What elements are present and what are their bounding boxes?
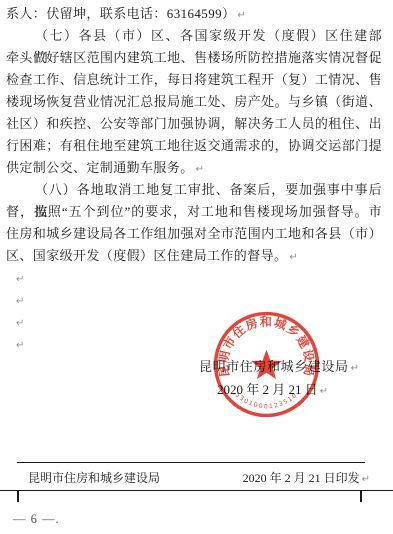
pilcrow-mark: ↵ bbox=[320, 386, 328, 397]
footer-row: 昆明市住房和城乡建设局 2020 年 2 月 21 日印发↵ bbox=[28, 469, 370, 486]
pilcrow-mark: ↵ bbox=[16, 296, 24, 307]
body-line-text: 牵头做好辖区范围内建筑工地、售楼场所防控措施落实情况督促 bbox=[6, 50, 382, 65]
body-line: ↵ bbox=[6, 333, 382, 355]
body-line: 督，按照“五个到位”的要求，对工地和售楼现场加强督导。市 bbox=[6, 201, 382, 223]
body-line: 区、国家级开发（度假）区住建局工作的督导。↵ bbox=[6, 245, 382, 267]
body-line: ↵ bbox=[6, 289, 382, 311]
body-line-text: 社区）和疾控、公安等部门加强协调，解决务工人员的租住、出 bbox=[6, 116, 382, 131]
pilcrow-mark: ↵ bbox=[237, 10, 245, 21]
body-line-text: 区、国家级开发（度假）区住建局工作的督导。 bbox=[6, 248, 287, 263]
pilcrow-mark: ↵ bbox=[16, 274, 24, 285]
footer-issuer: 昆明市住房和城乡建设局 bbox=[28, 469, 160, 486]
document-page: 系人：伏留坤，联系电话：63164599）↵（七）各县（市）区、各国家级开发（度… bbox=[0, 0, 393, 534]
body-line: 牵头做好辖区范围内建筑工地、售楼场所防控措施落实情况督促 bbox=[6, 47, 382, 69]
footer-print-date-line: 2020 年 2 月 21 日印发↵ bbox=[243, 469, 370, 486]
border-tick-left bbox=[17, 491, 19, 502]
pilcrow-mark: ↵ bbox=[16, 340, 24, 351]
body-line: 供定制公交、定制通勤车服务。↵ bbox=[6, 157, 382, 179]
seal-star-icon bbox=[251, 350, 282, 379]
pilcrow-mark: ↵ bbox=[351, 363, 359, 374]
body-line-text: 行困难；有租住地至建筑工地往返交通需求的，协调交运部门提 bbox=[6, 138, 382, 153]
svg-text:5301000123510: 5301000123510 bbox=[234, 391, 299, 410]
pilcrow-mark: ↵ bbox=[196, 164, 204, 175]
body-line: 住房和城乡建设局各工作组加强对全市范围内工地和各县（市） bbox=[6, 223, 382, 245]
footer-top-rule bbox=[17, 462, 365, 463]
body-line: （七）各县（市）区、各国家级开发（度假）区住建部门： bbox=[6, 25, 382, 47]
pilcrow-mark: ↵ bbox=[289, 252, 297, 263]
body-line: 社区）和疾控、公安等部门加强协调，解决务工人员的租住、出 bbox=[6, 113, 382, 135]
body-line: （八）各地取消工地复工审批、备案后，要加强事中事后监 bbox=[6, 179, 382, 201]
body-line-text: 供定制公交、定制通勤车服务。 bbox=[6, 160, 194, 175]
body-line-text: 督，按照“五个到位”的要求，对工地和售楼现场加强督导。市 bbox=[6, 204, 382, 219]
body-line: 行困难；有租住地至建筑工地往返交通需求的，协调交运部门提 bbox=[6, 135, 382, 157]
footer-print-date: 2020 年 2 月 21 日印发 bbox=[243, 471, 360, 485]
body-line-text: 住房和城乡建设局各工作组加强对全市范围内工地和各县（市） bbox=[6, 226, 382, 241]
body-line-text: 检查工作、信息统计工作，每日将建筑工程开（复）工情况、售 bbox=[6, 72, 382, 87]
seal-serial-number: 5301000123510 bbox=[234, 391, 299, 410]
body-line-text: 楼现场恢复营业情况汇总报局施工处、房产处。与乡镇（街道、 bbox=[6, 94, 382, 109]
body-line: 系人：伏留坤，联系电话：63164599）↵ bbox=[6, 3, 382, 25]
border-tick-right bbox=[360, 491, 362, 502]
pilcrow-mark: ↵ bbox=[362, 474, 370, 485]
body-line: 楼现场恢复营业情况汇总报局施工处、房产处。与乡镇（街道、 bbox=[6, 91, 382, 113]
official-seal-icon: 昆明市住房和城乡建设局 5301000123510 bbox=[213, 311, 320, 418]
pilcrow-mark: ↵ bbox=[16, 318, 24, 329]
body-line: ↵ bbox=[6, 267, 382, 289]
body-line-text: 系人：伏留坤，联系电话：63164599） bbox=[6, 6, 235, 21]
body-line: 检查工作、信息统计工作，每日将建筑工程开（复）工情况、售 bbox=[6, 69, 382, 91]
body-line: ↵ bbox=[6, 311, 382, 333]
page-bottom-border bbox=[0, 490, 393, 491]
page-number: — 6 —. bbox=[13, 512, 60, 527]
body-lines: 系人：伏留坤，联系电话：63164599）↵（七）各县（市）区、各国家级开发（度… bbox=[6, 3, 382, 355]
